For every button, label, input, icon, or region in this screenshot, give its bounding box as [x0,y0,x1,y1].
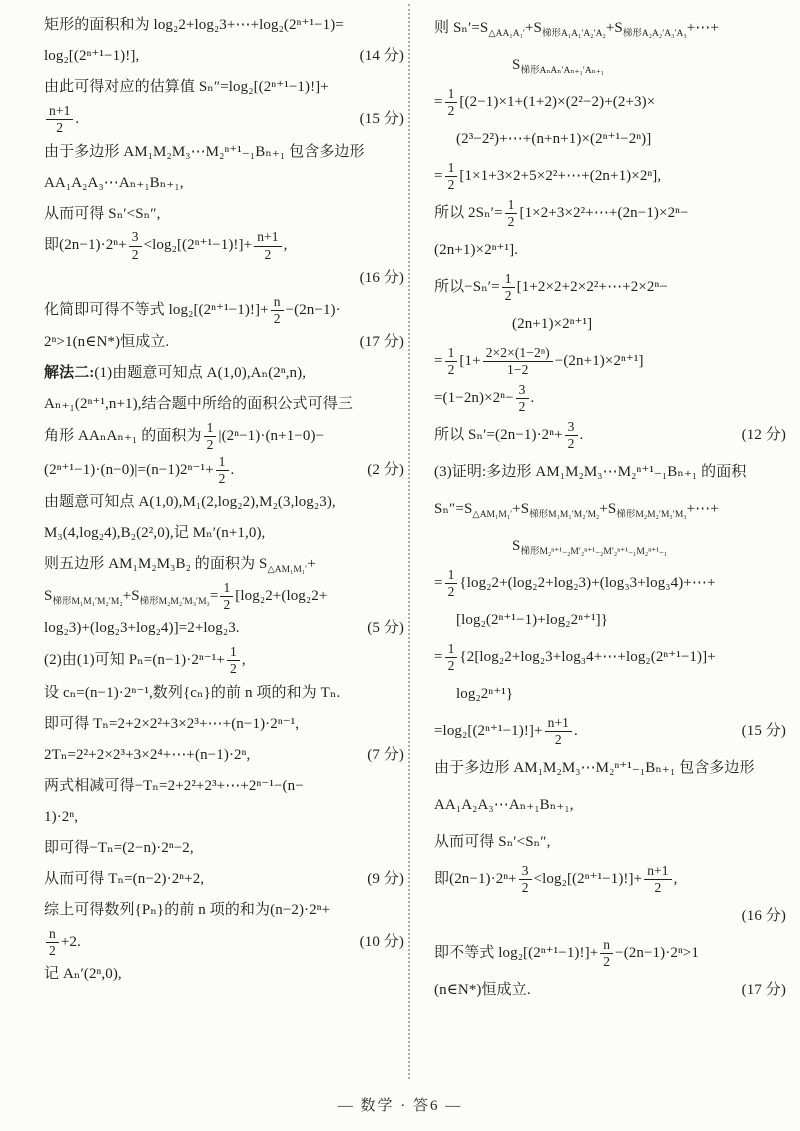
text-line: 矩形的面积和为 log₂2+log₂3+⋯+log₂(2ⁿ⁺¹−1)= [44,10,404,41]
fraction: n2 [46,926,59,959]
fraction: n2 [600,937,613,970]
line-text: (2ⁿ⁺¹−1)·(n−0)|=(n−1)2ⁿ⁻¹+12. [44,454,234,487]
score-mark: (10 分) [360,933,404,952]
right-column: 则 Sₙ′=S△AA₁A₁′+S梯形A₁A₁′A₂′A₂+S梯形A₂A₂′A₃′… [434,10,786,1009]
line-text: 由于多边形 AM₁M₂M₃⋯M₂ⁿ⁺¹₋₁Bₙ₊₁ 包含多边形 [434,759,755,778]
subscript-label: 梯形M₂M₂′M₃′M₃ [616,510,686,520]
line-text: =12{log₂2+(log₂2+log₂3)+(log₃3+log₃4)+⋯+ [434,567,716,600]
text-line: 则五边形 AM₁M₂M₃B₂ 的面积为 S△AM₁M₁′+ [44,549,404,580]
line-text: 角形 AAₙAₙ₊₁ 的面积为12|(2ⁿ−1)·(n+1−0)− [44,420,324,453]
line-text: 设 cₙ=(n−1)·2ⁿ⁻¹,数列{cₙ}的前 n 项的和为 Tₙ. [44,684,340,703]
text-line: 2Tₙ=2²+2×2³+3×2⁴+⋯+(n−1)·2ⁿ,(7 分) [44,740,404,771]
text-line: 综上可得数列{Pₙ}的前 n 项的和为(n−2)·2ⁿ+ [44,895,404,926]
fraction: 12 [445,641,458,674]
text-line: =log₂[(2ⁿ⁺¹−1)!]+n+12.(15 分) [434,713,786,750]
line-text: 即(2n−1)·2ⁿ+32<log₂[(2ⁿ⁺¹−1)!]+n+12, [44,229,287,262]
fraction: 12 [445,345,458,378]
text-line: 记 Aₙ′(2ⁿ,0), [44,959,404,990]
text-line: =(1−2n)×2ⁿ−32. [434,380,786,417]
line-text: 解法二:(1)由题意可知点 A(1,0),Aₙ(2ⁿ,n), [44,364,306,383]
text-line: (2n+1)×2ⁿ⁺¹] [434,306,786,343]
line-text: (2n+1)×2ⁿ⁺¹]. [434,241,518,260]
line-text: 2Tₙ=2²+2×2³+3×2⁴+⋯+(n−1)·2ⁿ, [44,746,250,765]
text-line: 从而可得 Tₙ=(n−2)·2ⁿ+2,(9 分) [44,864,404,895]
line-text: 从而可得 Tₙ=(n−2)·2ⁿ+2, [44,870,204,889]
subscript-label: 梯形A₁A₁′A₂′A₂ [542,29,606,39]
text-line: AA₁A₂A₃⋯Aₙ₊₁Bₙ₊₁, [434,787,786,824]
line-text: AA₁A₂A₃⋯Aₙ₊₁Bₙ₊₁, [434,796,574,815]
subscript-label: 梯形M₁M₁′M₂′M₂ [529,510,599,520]
subscript-label: 梯形M₁M₁′M₂′M₂ [52,597,122,607]
line-text: 化简即可得不等式 log₂[(2ⁿ⁺¹−1)!]+n2−(2n−1)· [44,294,341,327]
line-text: 从而可得 Sₙ′<Sₙ″, [44,205,160,224]
fraction: 32 [516,382,529,415]
text-line: (n∈N*)恒成立.(17 分) [434,972,786,1009]
subscript-label: 梯形M₂ⁿ⁺¹₋₂M′₂ⁿ⁺¹₋₂M′₂ⁿ⁺¹₋₁M₂ⁿ⁺¹₋₁ [520,547,667,557]
subscript-label: △AA₁A₁′ [488,29,525,39]
line-text: log₂3)+(log₂3+log₂4)]=2+log₂3. [44,619,240,638]
text-line: =12{log₂2+(log₂2+log₂3)+(log₃3+log₃4)+⋯+ [434,565,786,602]
line-text: 综上可得数列{Pₙ}的前 n 项的和为(n−2)·2ⁿ+ [44,901,330,920]
score-mark: (17 分) [360,333,404,352]
line-text: 所以 2Sₙ′=12[1×2+3×2²+⋯+(2n−1)×2ⁿ− [434,197,689,230]
text-line: 则 Sₙ′=S△AA₁A₁′+S梯形A₁A₁′A₂′A₂+S梯形A₂A₂′A₃′… [434,10,786,47]
fraction: 12 [445,86,458,119]
line-text: 记 Aₙ′(2ⁿ,0), [44,965,122,984]
text-line: 化简即可得不等式 log₂[(2ⁿ⁺¹−1)!]+n2−(2n−1)· [44,294,404,327]
text-line: 从而可得 Sₙ′<Sₙ″, [44,198,404,229]
fraction: n+12 [254,229,281,262]
line-text: 则五边形 AM₁M₂M₃B₂ 的面积为 S△AM₁M₁′+ [44,555,316,574]
line-text: n+12. [44,103,79,136]
fraction: 2×2×(1−2ⁿ)1−2 [483,345,553,378]
line-text: S梯形M₂ⁿ⁺¹₋₂M′₂ⁿ⁺¹₋₂M′₂ⁿ⁺¹₋₁M₂ⁿ⁺¹₋₁ [512,537,667,556]
fraction: 12 [502,271,515,304]
text-line: 2ⁿ>1(n∈N*)恒成立.(17 分) [44,327,404,358]
line-text: M₃(4,log₂4),B₂(2²,0),记 Mₙ′(n+1,0), [44,524,265,543]
text-line: AA₁A₂A₃⋯Aₙ₊₁Bₙ₊₁, [44,167,404,198]
line-text: 由题意可知点 A(1,0),M₁(2,log₂2),M₂(3,log₂3), [44,493,336,512]
text-line: S梯形M₁M₁′M₂′M₂+S梯形M₂M₂′M₃′M₃=12[log₂2+(lo… [44,580,404,613]
text-line: (2n+1)×2ⁿ⁺¹]. [434,232,786,269]
text-line: 从而可得 Sₙ′<Sₙ″, [434,824,786,861]
text-line: =12[1×1+3×2+5×2²+⋯+(2n+1)×2ⁿ], [434,158,786,195]
line-text: AA₁A₂A₃⋯Aₙ₊₁Bₙ₊₁, [44,174,184,193]
text-line: (2³−2²)+⋯+(n+n+1)×(2ⁿ⁺¹−2ⁿ)] [434,121,786,158]
text-line: (16 分) [434,898,786,935]
page-footer: — 数学 · 答6 — [0,1094,800,1115]
fraction: 12 [220,580,233,613]
text-line: 即不等式 log₂[(2ⁿ⁺¹−1)!]+n2−(2n−1)·2ⁿ>1 [434,935,786,972]
score-mark: (15 分) [360,110,404,129]
fraction: 12 [445,567,458,600]
subscript-label: △AM₁M₁′ [267,565,307,575]
score-mark: (17 分) [742,981,786,1000]
line-text: 两式相减可得−Tₙ=2+2²+2³+⋯+2ⁿ⁻¹−(n− [44,777,304,796]
text-line: 两式相减可得−Tₙ=2+2²+2³+⋯+2ⁿ⁻¹−(n− [44,771,404,802]
text-line: (3)证明:多边形 AM₁M₂M₃⋯M₂ⁿ⁺¹₋₁Bₙ₊₁ 的面积 [434,454,786,491]
left-column: 矩形的面积和为 log₂2+log₂3+⋯+log₂(2ⁿ⁺¹−1)=log₂[… [44,10,404,990]
text-line: 所以 Sₙ′=(2n−1)·2ⁿ+32.(12 分) [434,417,786,454]
text-line: =12[(2−1)×1+(1+2)×(2²−2)+(2+3)× [434,84,786,121]
text-line: 即可得−Tₙ=(2−n)·2ⁿ−2, [44,833,404,864]
text-line: 角形 AAₙAₙ₊₁ 的面积为12|(2ⁿ−1)·(n+1−0)− [44,420,404,453]
text-line: log₂[(2ⁿ⁺¹−1)!],(14 分) [44,41,404,72]
subscript-label: 梯形AₙAₙ′Aₙ₊₁′Aₙ₊₁ [520,66,604,76]
line-text: =12[1+2×2×(1−2ⁿ)1−2−(2n+1)×2ⁿ⁺¹] [434,345,644,378]
text-line: =12[1+2×2×(1−2ⁿ)1−2−(2n+1)×2ⁿ⁺¹] [434,343,786,380]
fraction: 12 [445,160,458,193]
fraction: n+12 [644,863,671,896]
fraction: 12 [227,644,240,677]
line-text: (2³−2²)+⋯+(n+n+1)×(2ⁿ⁺¹−2ⁿ)] [456,130,651,149]
line-text: =12{2[log₂2+log₂3+log₃4+⋯+log₂(2ⁿ⁺¹−1)]+ [434,641,716,674]
fraction: 32 [565,419,578,452]
line-text: Sₙ″=S△AM₁M₁′+S梯形M₁M₁′M₂′M₂+S梯形M₂M₂′M₃′M₃… [434,500,719,519]
line-text: 1)·2ⁿ, [44,808,78,827]
text-line: S梯形AₙAₙ′Aₙ₊₁′Aₙ₊₁ [434,47,786,84]
line-text: (2)由(1)可知 Pₙ=(n−1)·2ⁿ⁻¹+12, [44,644,246,677]
score-mark: (16 分) [742,907,786,926]
line-text: =log₂[(2ⁿ⁺¹−1)!]+n+12. [434,715,578,748]
line-text: 则 Sₙ′=S△AA₁A₁′+S梯形A₁A₁′A₂′A₂+S梯形A₂A₂′A₃′… [434,19,719,38]
text-line: [log₂(2ⁿ⁺¹−1)+log₂2ⁿ⁺¹]} [434,602,786,639]
line-text: 2ⁿ>1(n∈N*)恒成立. [44,333,169,352]
text-line: 即(2n−1)·2ⁿ+32<log₂[(2ⁿ⁺¹−1)!]+n+12, [44,229,404,262]
text-line: 由于多边形 AM₁M₂M₃⋯M₂ⁿ⁺¹₋₁Bₙ₊₁ 包含多边形 [434,750,786,787]
line-text: 即可得 Tₙ=2+2×2²+3×2³+⋯+(n−1)·2ⁿ⁻¹, [44,715,299,734]
line-text: log₂2ⁿ⁺¹} [456,685,513,704]
text-line: M₃(4,log₂4),B₂(2²,0),记 Mₙ′(n+1,0), [44,518,404,549]
text-line: 所以 2Sₙ′=12[1×2+3×2²+⋯+(2n−1)×2ⁿ− [434,195,786,232]
line-text: [log₂(2ⁿ⁺¹−1)+log₂2ⁿ⁺¹]} [456,611,608,630]
text-line: (16 分) [44,263,404,294]
text-line: Aₙ₊₁(2ⁿ⁺¹,n+1),结合题中所给的面积公式可得三 [44,389,404,420]
fraction: 32 [129,229,142,262]
text-line: n+12.(15 分) [44,103,404,136]
score-mark: (14 分) [360,47,404,66]
line-text: log₂[(2ⁿ⁺¹−1)!], [44,47,139,66]
line-text: =(1−2n)×2ⁿ−32. [434,382,534,415]
fraction: n2 [271,294,284,327]
line-text: 由于多边形 AM₁M₂M₃⋯M₂ⁿ⁺¹₋₁Bₙ₊₁ 包含多边形 [44,143,365,162]
score-mark: (12 分) [742,426,786,445]
line-text: S梯形AₙAₙ′Aₙ₊₁′Aₙ₊₁ [512,56,604,75]
text-line: 即(2n−1)·2ⁿ+32<log₂[(2ⁿ⁺¹−1)!]+n+12, [434,861,786,898]
line-text: 所以 Sₙ′=(2n−1)·2ⁿ+32. [434,419,583,452]
line-text: 由此可得对应的估算值 Sₙ″=log₂[(2ⁿ⁺¹−1)!]+ [44,78,329,97]
text-line: =12{2[log₂2+log₂3+log₃4+⋯+log₂(2ⁿ⁺¹−1)]+ [434,639,786,676]
subscript-label: 梯形A₂A₂′A₃′A₃ [623,29,687,39]
answer-sheet-page: 矩形的面积和为 log₂2+log₂3+⋯+log₂(2ⁿ⁺¹−1)=log₂[… [0,0,800,1131]
line-text: 从而可得 Sₙ′<Sₙ″, [434,833,550,852]
score-mark: (15 分) [742,722,786,741]
line-text: =12[1×1+3×2+5×2²+⋯+(2n+1)×2ⁿ], [434,160,661,193]
score-mark: (2 分) [367,461,404,480]
fraction: n+12 [545,715,572,748]
score-mark: (9 分) [367,870,404,889]
line-text: 即(2n−1)·2ⁿ+32<log₂[(2ⁿ⁺¹−1)!]+n+12, [434,863,677,896]
text-line: 即可得 Tₙ=2+2×2²+3×2³+⋯+(n−1)·2ⁿ⁻¹, [44,709,404,740]
text-line: log₂3)+(log₂3+log₂4)]=2+log₂3.(5 分) [44,613,404,644]
line-text: =12[(2−1)×1+(1+2)×(2²−2)+(2+3)× [434,86,655,119]
line-text: 矩形的面积和为 log₂2+log₂3+⋯+log₂(2ⁿ⁺¹−1)= [44,16,344,35]
text-line: Sₙ″=S△AM₁M₁′+S梯形M₁M₁′M₂′M₂+S梯形M₂M₂′M₃′M₃… [434,491,786,528]
text-line: 解法二:(1)由题意可知点 A(1,0),Aₙ(2ⁿ,n), [44,358,404,389]
line-text: (3)证明:多边形 AM₁M₂M₃⋯M₂ⁿ⁺¹₋₁Bₙ₊₁ 的面积 [434,463,747,482]
line-text: S梯形M₁M₁′M₂′M₂+S梯形M₂M₂′M₃′M₃=12[log₂2+(lo… [44,580,327,613]
text-line: n2+2.(10 分) [44,926,404,959]
text-line: log₂2ⁿ⁺¹} [434,676,786,713]
text-line: 所以−Sₙ′=12[1+2×2+2×2²+⋯+2×2ⁿ− [434,269,786,306]
line-text: (2n+1)×2ⁿ⁺¹] [512,315,592,334]
subscript-label: 梯形M₂M₂′M₃′M₃ [140,597,210,607]
text-line: (2)由(1)可知 Pₙ=(n−1)·2ⁿ⁻¹+12, [44,644,404,677]
line-text: 即不等式 log₂[(2ⁿ⁺¹−1)!]+n2−(2n−1)·2ⁿ>1 [434,937,699,970]
line-text: 即可得−Tₙ=(2−n)·2ⁿ−2, [44,839,194,858]
fraction: 12 [505,197,518,230]
fraction: 12 [216,454,229,487]
subscript-label: △AM₁M₁′ [472,510,512,520]
fraction: 32 [519,863,532,896]
fraction: n+12 [46,103,73,136]
text-line: 由于多边形 AM₁M₂M₃⋯M₂ⁿ⁺¹₋₁Bₙ₊₁ 包含多边形 [44,136,404,167]
line-text: Aₙ₊₁(2ⁿ⁺¹,n+1),结合题中所给的面积公式可得三 [44,395,353,414]
text-line: S梯形M₂ⁿ⁺¹₋₂M′₂ⁿ⁺¹₋₂M′₂ⁿ⁺¹₋₁M₂ⁿ⁺¹₋₁ [434,528,786,565]
text-line: 由此可得对应的估算值 Sₙ″=log₂[(2ⁿ⁺¹−1)!]+ [44,72,404,103]
text-line: 由题意可知点 A(1,0),M₁(2,log₂2),M₂(3,log₂3), [44,487,404,518]
score-mark: (7 分) [367,746,404,765]
text-line: (2ⁿ⁺¹−1)·(n−0)|=(n−1)2ⁿ⁻¹+12.(2 分) [44,454,404,487]
score-mark: (5 分) [367,619,404,638]
score-mark: (16 分) [360,269,404,288]
fraction: 12 [204,420,217,453]
column-divider [408,4,410,1079]
line-text: (n∈N*)恒成立. [434,981,531,1000]
line-text: 所以−Sₙ′=12[1+2×2+2×2²+⋯+2×2ⁿ− [434,271,668,304]
text-line: 设 cₙ=(n−1)·2ⁿ⁻¹,数列{cₙ}的前 n 项的和为 Tₙ. [44,678,404,709]
text-line: 1)·2ⁿ, [44,802,404,833]
line-text: n2+2. [44,926,81,959]
